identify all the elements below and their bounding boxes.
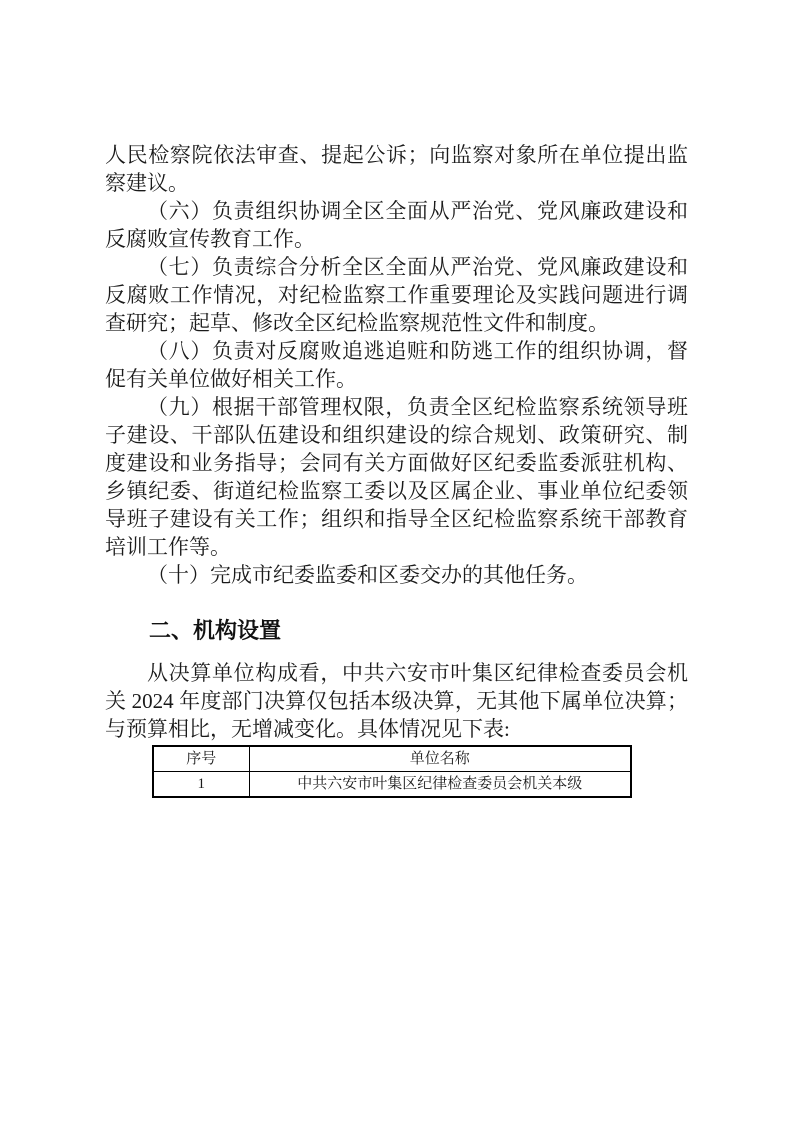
table-header-seq: 序号 [153,746,249,772]
table-row: 1 中共六安市叶集区纪律检查委员会机关本级 [153,772,631,798]
paragraph-item-6: （六）负责组织协调全区全面从严治党、党风廉政建设和反腐败宣传教育工作。 [105,197,688,253]
paragraph-item-10: （十）完成市纪委监委和区委交办的其他任务。 [105,561,688,589]
table-header-row: 序号 单位名称 [153,746,631,772]
section-heading: 二、机构设置 [105,617,688,645]
document-body: 人民检察院依法审查、提起公诉；向监察对象所在单位提出监察建议。 （六）负责组织协… [105,141,688,798]
paragraph-item-7: （七）负责综合分析全区全面从严治党、党风廉政建设和反腐败工作情况，对纪检监察工作… [105,253,688,337]
table-header-unit-name: 单位名称 [249,746,631,772]
cell-unit-name: 中共六安市叶集区纪律检查委员会机关本级 [249,772,631,798]
cell-seq: 1 [153,772,249,798]
section-intro-paragraph: 从决算单位构成看，中共六安市叶集区纪律检查委员会机关 2024 年度部门决算仅包… [105,659,688,743]
units-table: 序号 单位名称 1 中共六安市叶集区纪律检查委员会机关本级 [152,745,632,798]
document-page: { "doc": { "colors": { "background": "#f… [0,0,793,1122]
paragraph-item-8: （八）负责对反腐败追逃追赃和防逃工作的组织协调，督促有关单位做好相关工作。 [105,337,688,393]
paragraph-item-9: （九）根据干部管理权限，负责全区纪检监察系统领导班子建设、干部队伍建设和组织建设… [105,393,688,561]
paragraph-continuation: 人民检察院依法审查、提起公诉；向监察对象所在单位提出监察建议。 [105,141,688,197]
